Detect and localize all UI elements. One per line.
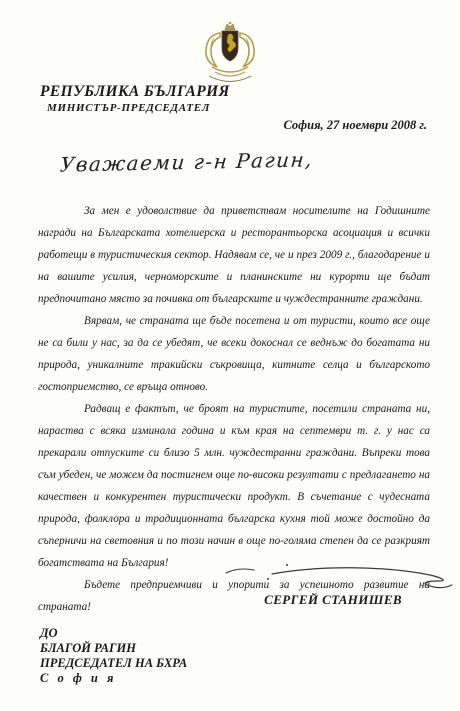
signature-block: СЕРГЕЙ СТАНИШЕВ (0, 556, 460, 618)
letterhead-office: МИНИСТЪР-ПРЕДСЕДАТЕЛ (47, 101, 230, 115)
dateline: София, 27 ноември 2008 г. (284, 118, 428, 133)
recipient-city: С о ф и я (40, 671, 187, 686)
letter-page: РЕПУБЛИКА БЪЛГАРИЯ МИНИСТЪР-ПРЕДСЕДАТЕЛ … (0, 0, 460, 711)
letterhead-country: РЕПУБЛИКА БЪЛГАРИЯ (40, 83, 230, 101)
paragraph-3: Радващ е фактът, че броят на туристите, … (38, 398, 430, 574)
recipient-name: БЛАГОЙ РАГИН (40, 641, 187, 656)
signature-stroke-icon (0, 556, 460, 596)
recipient-to: ДО (40, 626, 187, 641)
salutation-handwriting: Уважаеми г-н Рагин, (59, 147, 314, 176)
bulgaria-coat-of-arms-icon (194, 20, 266, 89)
recipient-title: ПРЕДСЕДАТЕЛ НА БХРА (40, 656, 187, 671)
paragraph-1: За мен е удоволствие да приветствам носи… (38, 200, 430, 310)
signature-name: СЕРГЕЙ СТАНИШЕВ (264, 592, 402, 608)
paragraph-2: Вярвам, че страната ще бъде посетена и о… (38, 310, 430, 398)
letterhead: РЕПУБЛИКА БЪЛГАРИЯ МИНИСТЪР-ПРЕДСЕДАТЕЛ (40, 83, 230, 115)
recipient-block: ДО БЛАГОЙ РАГИН ПРЕДСЕДАТЕЛ НА БХРА С о … (40, 626, 187, 686)
